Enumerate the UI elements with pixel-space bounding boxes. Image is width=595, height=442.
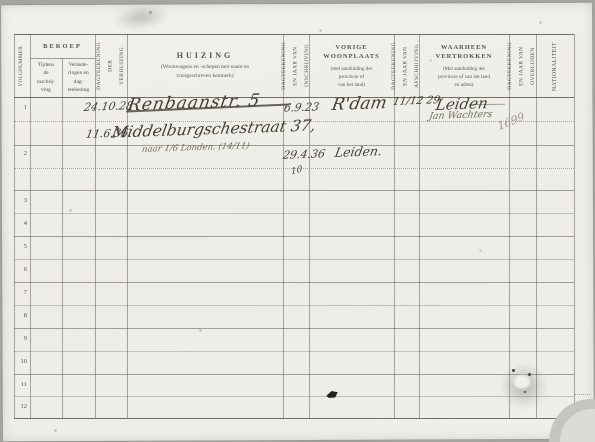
- row-number: 8: [13, 312, 27, 319]
- row-number: 4: [13, 220, 27, 227]
- embossed-stamp-smudge: [110, 0, 171, 34]
- table-line-dotted: [574, 394, 590, 395]
- col-header-beroep-veranderingen: Verande- ringen en dag- teekening: [62, 58, 95, 97]
- col-header-huizing: HUIZING (Woonwagens en -schepen met naam…: [127, 37, 283, 95]
- col-header-huizing-title: HUIZING: [177, 51, 234, 60]
- col-header-nationaliteit-label: NATIONALITEIT: [549, 42, 561, 91]
- handwriting-afschrijving-date-1: 11/12 29: [392, 94, 441, 108]
- row-number: 6: [13, 266, 27, 273]
- row-number: 12: [13, 403, 27, 410]
- handwriting-pencil-note: 1699: [496, 110, 525, 133]
- handwriting-vorige-woonplaats-1: R'dam: [330, 93, 388, 115]
- table-line-horizontal: [14, 236, 574, 237]
- register-form: 123456789101112 VOLGNUMMER BEROEP Tijden…: [0, 0, 595, 442]
- table-line-horizontal: [14, 97, 574, 98]
- table-line-horizontal: [14, 328, 574, 329]
- col-header-volgnummer-label: VOLGNUMMER: [17, 46, 28, 86]
- col-header-vorige-woonplaats: VORIGE WOONPLAATS (met aanduiding der pr…: [309, 37, 394, 95]
- table-line-horizontal: [14, 259, 574, 260]
- row-number: 5: [13, 243, 27, 250]
- handwriting-huizing-address-1: Renbaanstr. 5: [126, 91, 262, 116]
- handwriting-inschrijving-date-2: 29.4.36: [282, 147, 326, 162]
- col-header-waarheen-vertrokken-title: WAARHEEN VERTROKKEN: [436, 43, 493, 63]
- stain-smudge: [500, 363, 548, 409]
- stain-dot: [512, 369, 515, 372]
- table-line-horizontal: [14, 190, 574, 191]
- paper-specks: [0, 0, 1, 1]
- handwriting-waarheen-address: Jan Wachters: [428, 109, 493, 122]
- col-header-beroep-tijdens: Tijdens de inschrij- ving: [30, 58, 62, 97]
- col-header-nationaliteit: NATIONALITEIT: [536, 35, 574, 97]
- col-header-beroep: BEROEP: [30, 36, 95, 57]
- col-header-volgnummer: VOLGNUMMER: [14, 35, 30, 97]
- table-line-vertical: [574, 34, 575, 418]
- stain-dot: [524, 391, 526, 393]
- scanned-register-page: 123456789101112 VOLGNUMMER BEROEP Tijden…: [0, 0, 595, 442]
- table-line-horizontal: [14, 305, 574, 306]
- row-number: 9: [13, 335, 27, 342]
- col-header-vorige-woonplaats-subnote: (met aanduiding der provincie of van het…: [331, 65, 373, 89]
- row-number: 10: [13, 358, 27, 365]
- table-line-horizontal: [14, 213, 574, 214]
- row-number: 3: [13, 197, 27, 204]
- table-line-horizontal: [14, 418, 574, 419]
- table-line-horizontal: [14, 351, 574, 352]
- handwriting-huizing-note: naar 1/6 Londen. (14/11): [141, 141, 250, 155]
- table-line-horizontal: [14, 396, 574, 397]
- table-line-vertical: [62, 58, 63, 418]
- row-number: 2: [13, 150, 27, 157]
- col-header-dagteekening-verhuizing: DAGTEEKENING DER VERHUIZING: [95, 35, 127, 97]
- col-header-huizing-subnote: (Woonwagens en -schepen met naam en voor…: [161, 63, 249, 80]
- col-header-overlijden: DAGTEEKENING EN JAAR VAN OVERLIJDEN: [509, 35, 536, 97]
- handwriting-inschrijving-date-1: 6.9.23: [283, 100, 320, 114]
- row-number: 7: [13, 289, 27, 296]
- row-number: 1: [13, 104, 27, 111]
- ink-blot: [326, 390, 339, 399]
- stain-core: [514, 375, 530, 389]
- table-line-horizontal: [14, 145, 574, 146]
- table-line-horizontal: [14, 374, 574, 375]
- row-number: 11: [13, 381, 27, 388]
- col-header-inschrijving: DAGTEEKENING EN JAAR VAN INSCHRIJVING: [283, 35, 309, 97]
- stain-dot: [528, 373, 531, 376]
- handwriting-check-mark: 10: [291, 164, 303, 177]
- col-header-dagteekening-verhuizing-label: DAGTEEKENING DER VERHUIZING: [94, 42, 129, 90]
- table-line-horizontal: [14, 282, 574, 283]
- col-header-afschrijving: DAGTEEKENING EN JAAR VAN AFSCHRIJVING: [394, 35, 419, 97]
- col-header-waarheen-vertrokken: WAARHEEN VERTROKKEN (Met aanduiding der …: [419, 37, 509, 95]
- handwriting-vorige-woonplaats-2: Leiden.: [334, 143, 384, 160]
- col-header-vorige-woonplaats-title: VORIGE WOONPLAATS: [323, 43, 379, 63]
- col-header-overlijden-label: DAGTEEKENING EN JAAR VAN OVERLIJDEN: [505, 42, 540, 90]
- col-header-waarheen-vertrokken-subnote: (Met aanduiding der provincie of van het…: [438, 65, 490, 89]
